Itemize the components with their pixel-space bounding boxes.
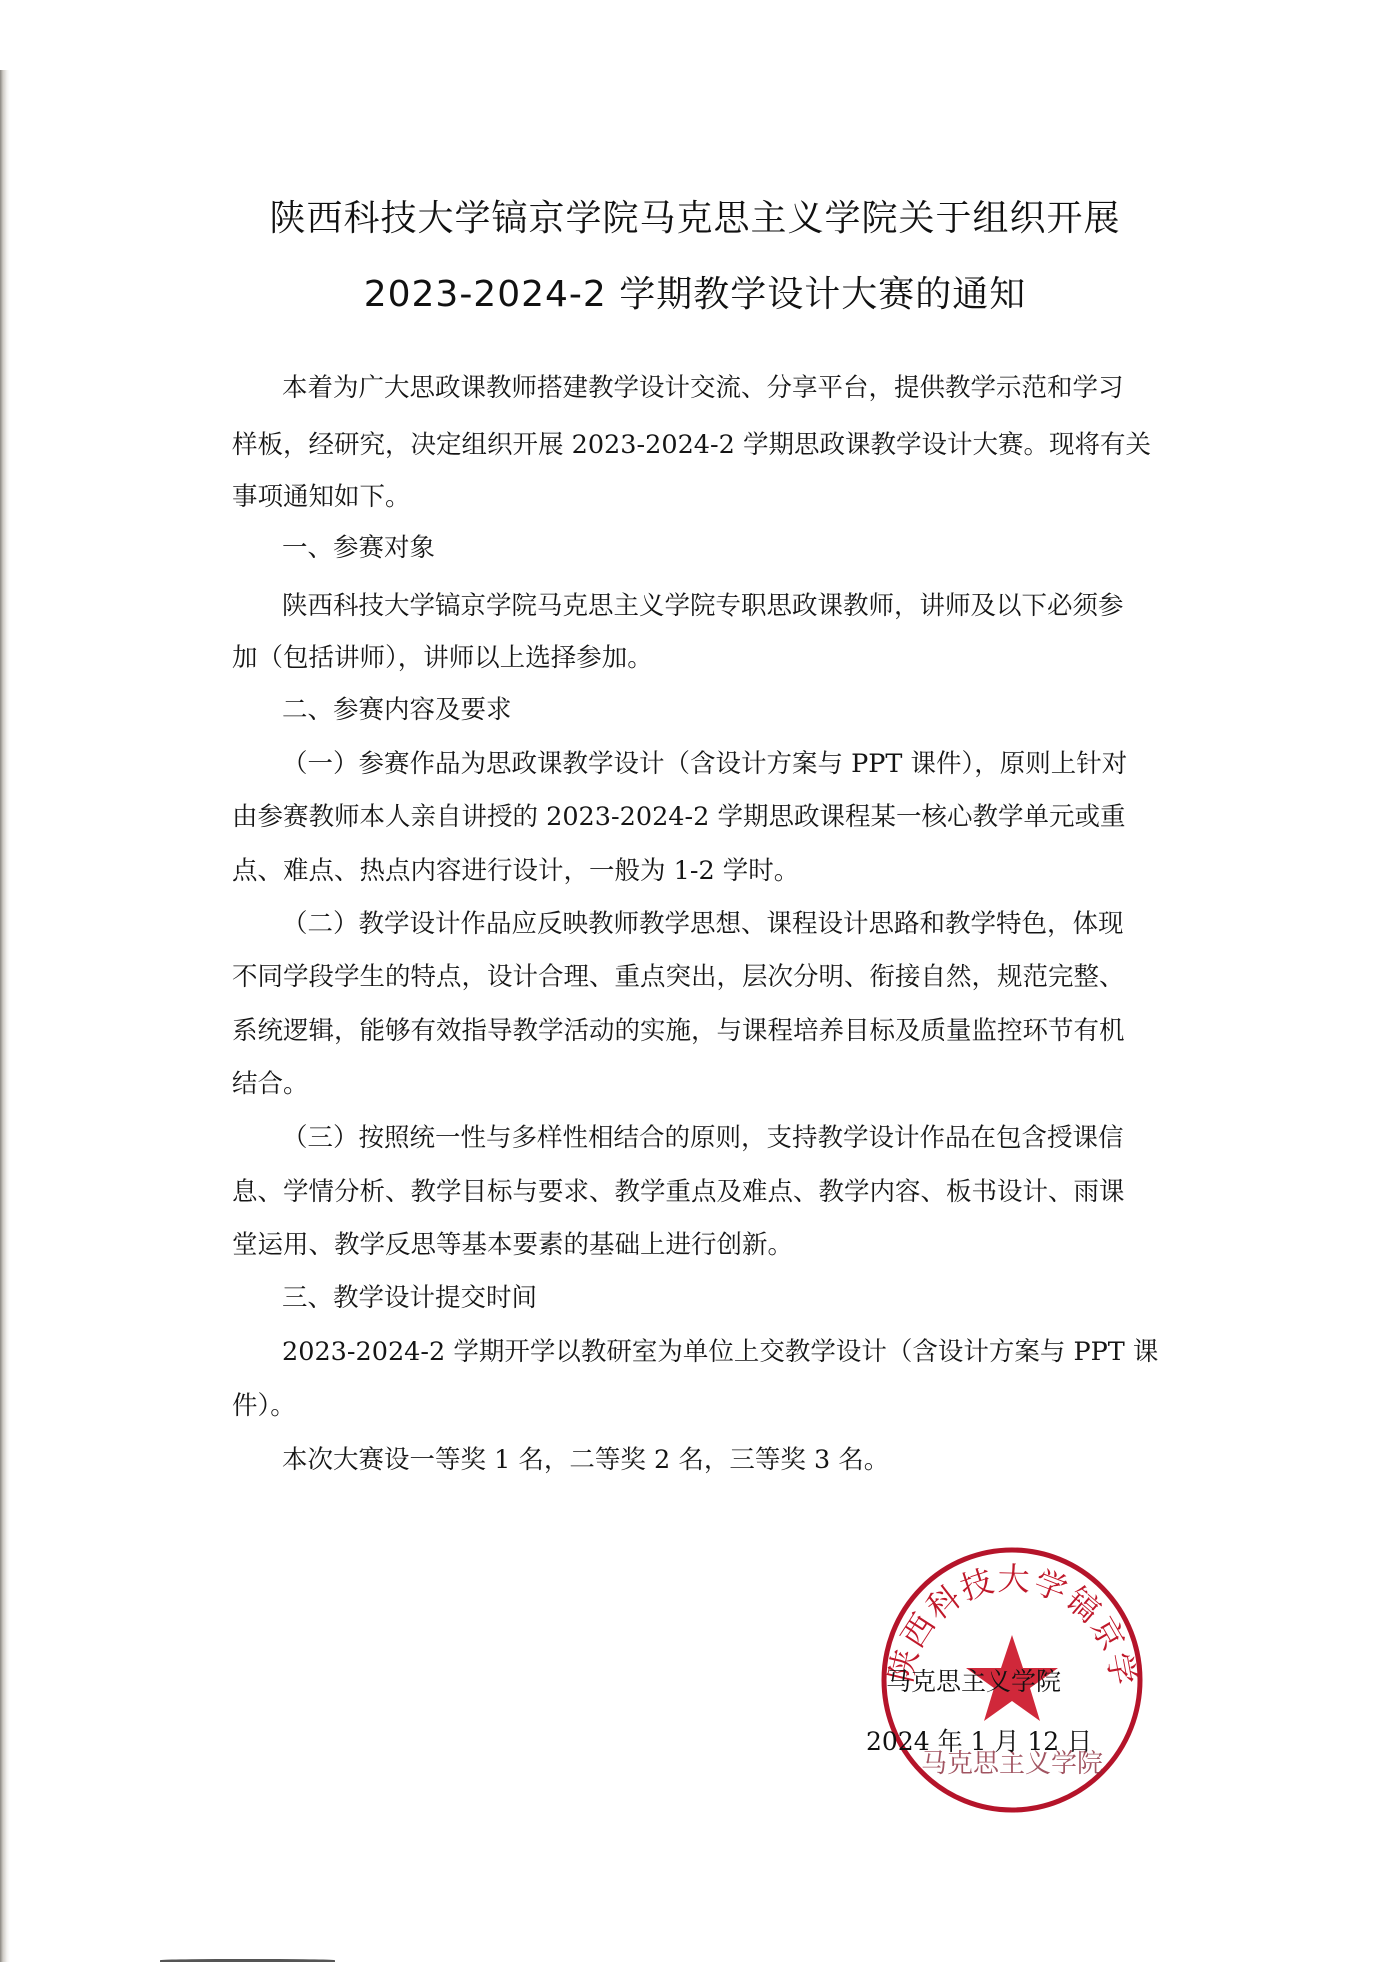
section-3-line-1: 2023-2024-2 学期开学以教研室为单位上交教学设计（含设计方案与 PPT… (282, 1336, 1158, 1368)
awards-line: 本次大赛设一等奖 1 名，二等奖 2 名，三等奖 3 名。 (282, 1444, 889, 1476)
section-2-heading: 二、参赛内容及要求 (282, 694, 512, 726)
section-2-item-2-line-1: （二）教学设计作品应反映教师教学思想、课程设计思路和教学特色，体现 (282, 908, 1124, 940)
section-1-line-1: 陕西科技大学镐京学院马克思主义学院专职思政课教师，讲师及以下必须参 (282, 590, 1124, 622)
section-2-item-1-line-1: （一）参赛作品为思政课教学设计（含设计方案与 PPT 课件），原则上针对 (282, 748, 1127, 780)
section-3-line-2: 件）。 (232, 1390, 296, 1422)
section-2-item-2-line-3: 系统逻辑，能够有效指导教学活动的实施，与课程培养目标及质量监控环节有机 (232, 1015, 1125, 1047)
section-2-item-2-line-2: 不同学段学生的特点，设计合理、重点突出，层次分明、衔接自然，规范完整、 (232, 961, 1125, 993)
signature-date: 2024 年 1 月 12 日 (866, 1722, 1092, 1758)
section-2-item-3-line-2: 息、学情分析、教学目标与要求、教学重点及难点、教学内容、板书设计、雨课 (232, 1176, 1125, 1208)
section-2-item-3-line-3: 堂运用、教学反思等基本要素的基础上进行创新。 (232, 1229, 793, 1261)
intro-line-3: 事项通知如下。 (232, 481, 411, 513)
intro-line-1: 本着为广大思政课教师搭建教学设计交流、分享平台，提供教学示范和学习 (282, 372, 1124, 404)
intro-line-2: 样板，经研究，决定组织开展 2023-2024-2 学期思政课教学设计大赛。现将… (232, 429, 1151, 461)
section-2-item-2-line-4: 结合。 (232, 1068, 309, 1100)
section-2-item-1-line-2: 由参赛教师本人亲自讲授的 2023-2024-2 学期思政课程某一核心教学单元或… (232, 801, 1125, 833)
section-2-item-3-line-1: （三）按照统一性与多样性相结合的原则，支持教学设计作品在包含授课信 (282, 1122, 1124, 1154)
section-2-item-1-line-3: 点、难点、热点内容进行设计，一般为 1-2 学时。 (232, 855, 799, 887)
section-1-heading: 一、参赛对象 (282, 532, 435, 564)
section-3-heading: 三、教学设计提交时间 (282, 1282, 537, 1314)
document-title-line-1: 陕西科技大学镐京学院马克思主义学院关于组织开展 (0, 190, 1390, 241)
signature-organization: 马克思主义学院 (886, 1662, 1061, 1698)
document-title-line-2: 2023-2024-2 学期教学设计大赛的通知 (0, 266, 1390, 317)
section-1-line-2: 加（包括讲师），讲师以上选择参加。 (232, 642, 653, 674)
page-edge-shadow (0, 70, 10, 1962)
